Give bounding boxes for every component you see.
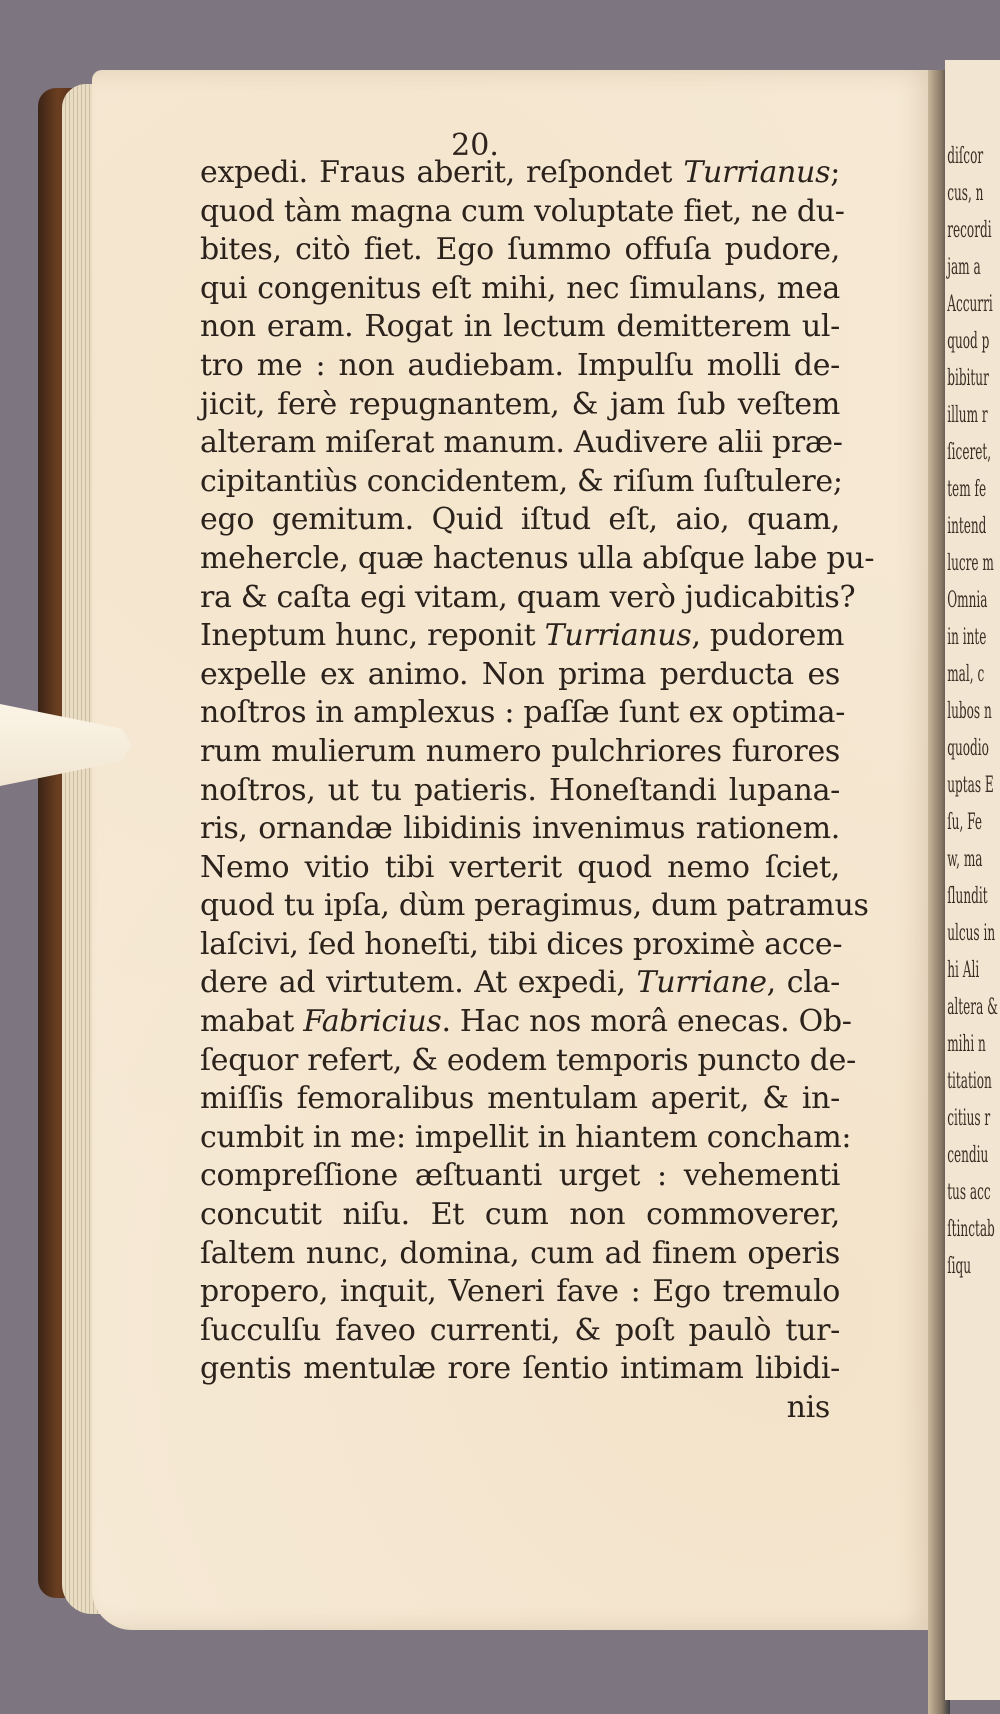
text-line: ſequor refert, & eodem temporis puncto d…: [200, 1042, 840, 1081]
facing-line: ulcus in: [947, 915, 983, 952]
book-page-left: 20. expedi. Fraus aberit, reſpondet Turr…: [92, 70, 938, 1630]
facing-line: cendiu: [947, 1137, 983, 1174]
text-line: concutit niſu. Et cum non commoverer,: [200, 1196, 840, 1235]
book-page-right-fragment: diſcorcus, nrecordijam aAccurriquod pbib…: [945, 60, 1000, 1700]
facing-line: illum r: [947, 397, 983, 434]
facing-line: w, ma: [947, 841, 983, 878]
facing-line: cus, n: [947, 175, 983, 212]
italic-name: Turriane: [637, 965, 767, 1000]
facing-line: jam a: [947, 249, 983, 286]
text-line: noſtros in amplexus : paſſæ ſunt ex opti…: [200, 694, 840, 733]
text-line: gentis mentulæ rore ſentio intimam libid…: [200, 1350, 840, 1389]
italic-name: Fabricius: [303, 1004, 441, 1039]
text-line: dere ad virtutem. At expedi, Turriane, c…: [200, 964, 840, 1003]
text-line: propero, inquit, Veneri fave : Ego tremu…: [200, 1273, 840, 1312]
text-line: ego gemitum. Quid iſtud eſt, aio, quam,: [200, 501, 840, 540]
text-line: cumbit in me: impellit in hiantem concha…: [200, 1119, 840, 1158]
facing-line: citius r: [947, 1100, 983, 1137]
facing-line: diſcor: [947, 138, 983, 175]
facing-line: lucre m: [947, 545, 983, 582]
facing-line: hi Ali: [947, 952, 983, 989]
facing-line: ſiqu: [947, 1248, 983, 1285]
facing-line: ſiceret,: [947, 434, 983, 471]
facing-line: ſtinctab: [947, 1211, 983, 1248]
facing-line: quodio: [947, 730, 983, 767]
facing-line: ſu, Fe: [947, 804, 983, 841]
text-line: noſtros, ut tu patieris. Honeſtandi lupa…: [200, 772, 840, 811]
facing-line: bibitur: [947, 360, 983, 397]
italic-name: Turrianus: [545, 618, 692, 653]
text-line: tro me : non audiebam. Impulſu molli de-: [200, 347, 840, 386]
text-line: ris, ornandæ libidinis invenimus ratione…: [200, 810, 840, 849]
text-line: rum mulierum numero pulchriores furores: [200, 733, 840, 772]
facing-page-text: diſcorcus, nrecordijam aAccurriquod pbib…: [945, 60, 984, 1285]
text-line: ſaltem nunc, domina, cum ad finem operis: [200, 1235, 840, 1274]
text-line: miſſis femoralibus mentulam aperit, & in…: [200, 1080, 840, 1119]
facing-line: Omnia: [947, 582, 983, 619]
text-line: alteram miſerat manum. Audivere alii præ…: [200, 424, 840, 463]
text-line: bites, citò fiet. Ego ſummo offuſa pudor…: [200, 231, 840, 270]
facing-line: quod p: [947, 323, 983, 360]
text-line: Ineptum hunc, reponit Turrianus, pudorem: [200, 617, 840, 656]
text-line: expelle ex animo. Non prima perducta es: [200, 656, 840, 695]
facing-line: tem fe: [947, 471, 983, 508]
facing-line: in inte: [947, 619, 983, 656]
facing-line: recordi: [947, 212, 983, 249]
text-line: Nemo vitio tibi verterit quod nemo ſciet…: [200, 849, 840, 888]
text-line: cipitantiùs concidentem, & riſum ſuſtule…: [200, 463, 840, 502]
text-line: jicit, ferè repugnantem, & jam ſub veſte…: [200, 386, 840, 425]
facing-line: uptas E: [947, 767, 983, 804]
text-line: ra & caſta egi vitam, quam verò judicabi…: [200, 579, 840, 618]
text-line: compreſſione æſtuanti urget : vehementi: [200, 1157, 840, 1196]
facing-line: Accurri: [947, 286, 983, 323]
text-line: quod tu ipſa, dùm peragimus, dum patramu…: [200, 887, 840, 926]
text-line: mabat Fabricius. Hac nos morâ enecas. Ob…: [200, 1003, 840, 1042]
text-line: non eram. Rogat in lectum demitterem ul-: [200, 308, 840, 347]
italic-name: Turrianus: [683, 155, 830, 190]
page-text: expedi. Fraus aberit, reſpondet Turrianu…: [200, 154, 840, 1428]
text-line: ſucculſu faveo currenti, & poſt paulò tu…: [200, 1312, 840, 1351]
text-line: expedi. Fraus aberit, reſpondet Turrianu…: [200, 154, 840, 193]
facing-line: ſlundit: [947, 878, 983, 915]
facing-line: titation: [947, 1063, 983, 1100]
text-line: qui congenitus eſt mihi, nec ſimulans, m…: [200, 270, 840, 309]
facing-line: mal, c: [947, 656, 983, 693]
text-line: quod tàm magna cum voluptate fiet, ne du…: [200, 193, 840, 232]
facing-line: intend: [947, 508, 983, 545]
text-line: laſcivi, ſed honeſti, tibi dices proximè…: [200, 926, 840, 965]
text-line: mehercle, quæ hactenus ulla abſque labe …: [200, 540, 840, 579]
facing-line: lubos n: [947, 693, 983, 730]
facing-line: tus acc: [947, 1174, 983, 1211]
facing-line: mihi n: [947, 1026, 983, 1063]
facing-line: altera &: [947, 989, 983, 1026]
catchword: nis: [200, 1389, 840, 1428]
